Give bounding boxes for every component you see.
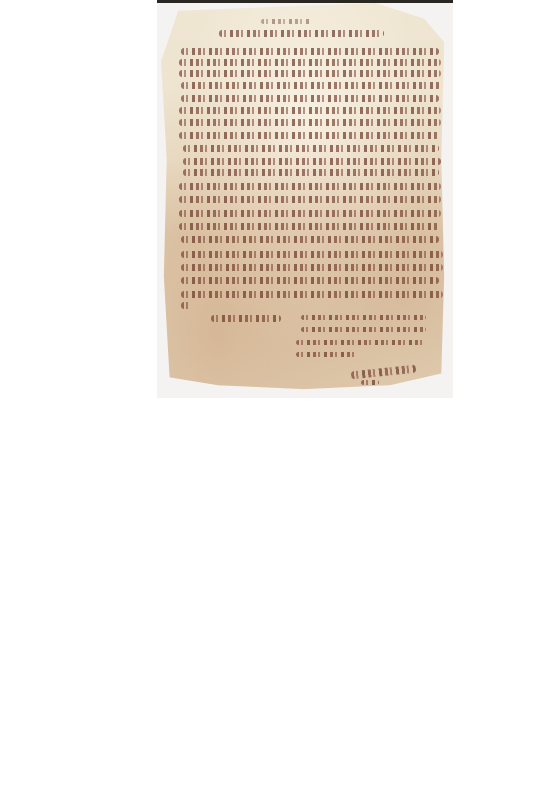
signature (351, 365, 416, 380)
closing-line (296, 352, 356, 357)
closing-line (301, 327, 426, 332)
scan-top-border (157, 0, 453, 3)
text-line (179, 223, 439, 230)
text-line (181, 291, 443, 298)
text-line (181, 82, 441, 89)
header-line (261, 19, 311, 24)
closing-line (296, 340, 424, 345)
text-line (183, 145, 439, 152)
signature-flourish (361, 380, 379, 385)
text-line (179, 107, 441, 114)
text-line (179, 119, 441, 126)
manuscript-scan (157, 0, 453, 398)
aged-paper (161, 3, 447, 393)
text-line (181, 302, 191, 309)
text-line (181, 264, 443, 271)
header-line (219, 30, 384, 37)
text-line (179, 132, 439, 139)
text-line (181, 48, 439, 55)
text-line (181, 95, 439, 102)
text-line (181, 277, 439, 284)
closing-line (301, 315, 426, 320)
text-line (179, 70, 441, 77)
text-line (181, 251, 443, 258)
text-line (183, 169, 439, 176)
text-line (179, 59, 441, 66)
text-line (183, 158, 441, 165)
text-line (179, 183, 441, 190)
text-line (179, 196, 441, 203)
text-line (179, 210, 441, 217)
text-line (181, 236, 439, 243)
date-line (211, 315, 281, 322)
